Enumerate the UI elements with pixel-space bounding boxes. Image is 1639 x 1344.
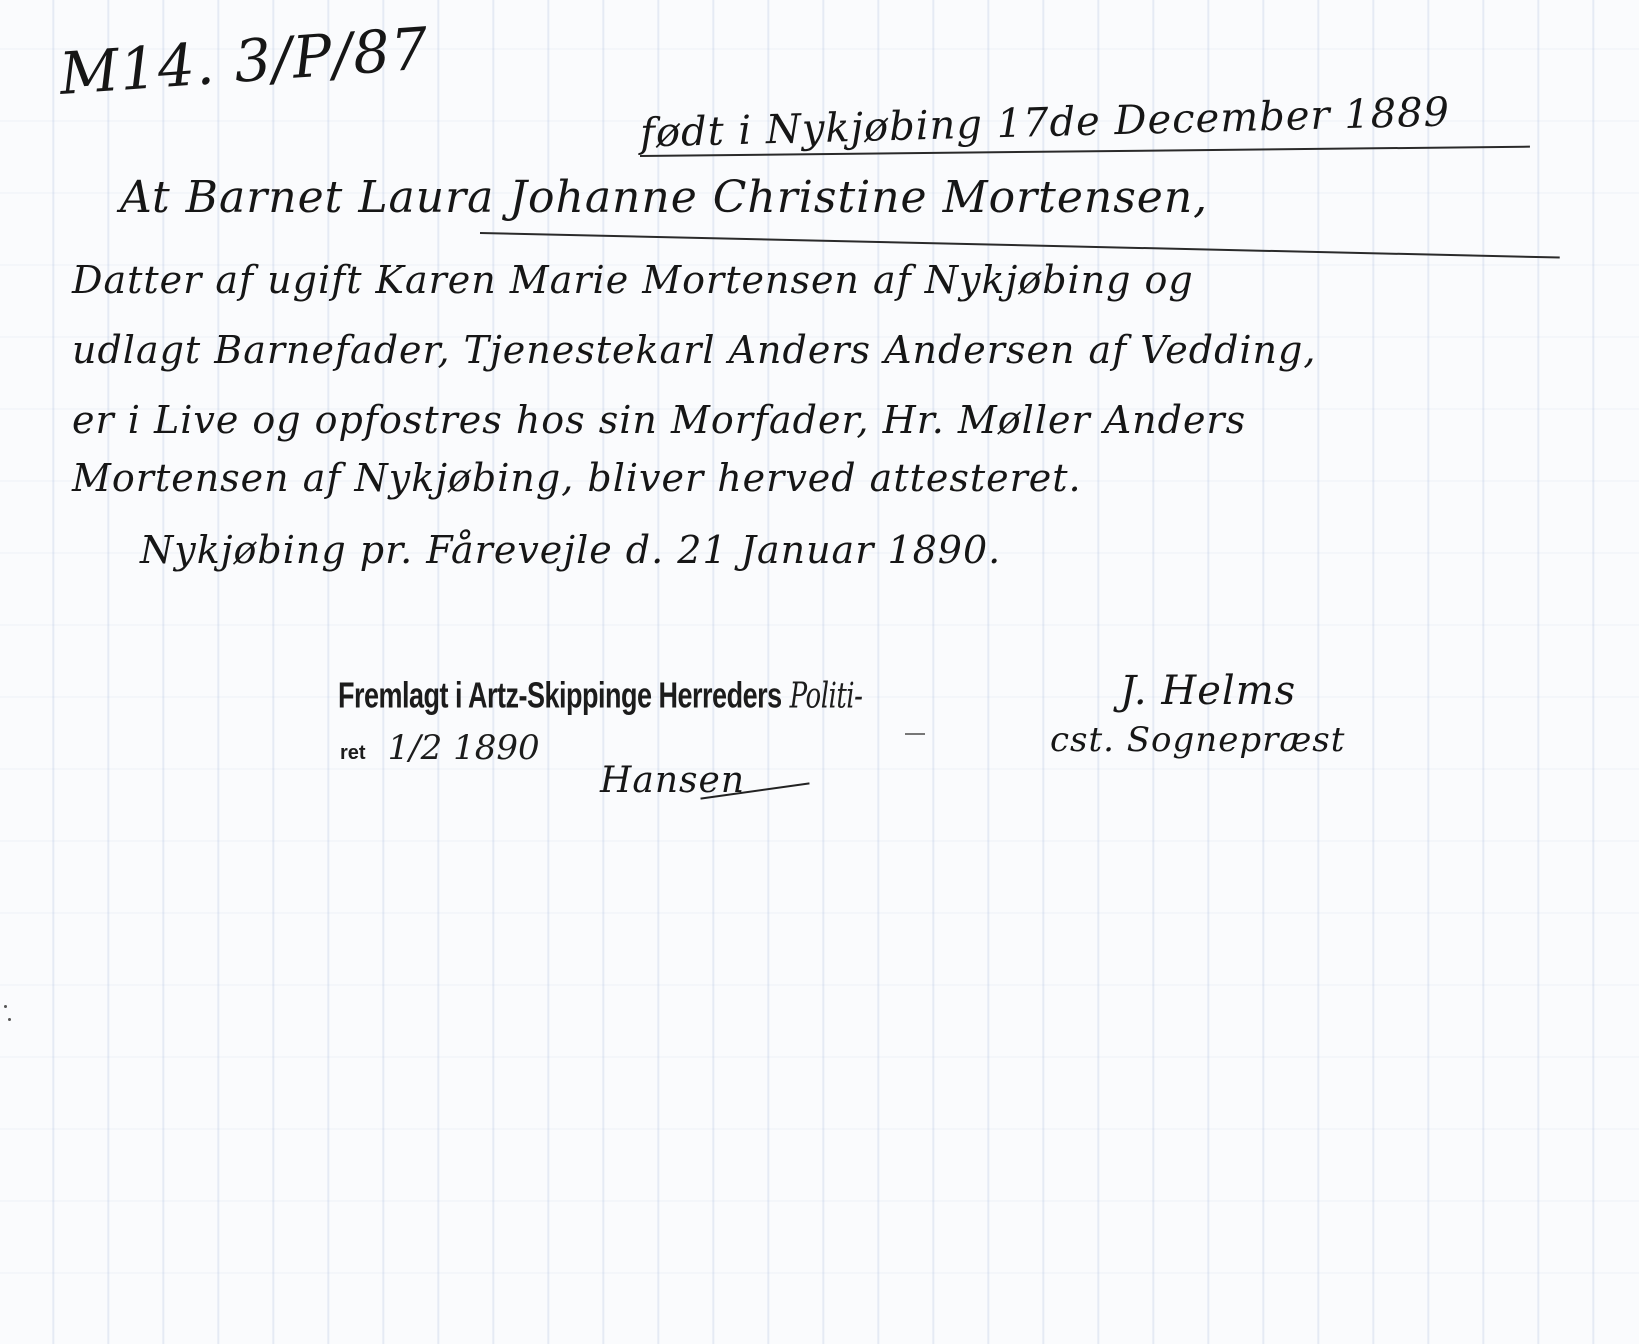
scan-speck (4, 1005, 7, 1008)
stamp-date: 1/2 1890 (388, 728, 540, 768)
court-stamp-line-2: ret1/2 1890 (340, 728, 540, 768)
scan-speck (8, 1018, 11, 1021)
body-line-1: At Barnet Laura Johanne Christine Morten… (120, 172, 1208, 223)
body-line-3: udlagt Barnefader, Tjenestekarl Anders A… (72, 328, 1316, 372)
priest-title: cst. Sognepræst (1050, 720, 1345, 760)
body-line-5: Mortensen af Nykjøbing, bliver herved at… (72, 456, 1082, 500)
body-line-2: Datter af ugift Karen Marie Mortensen af… (72, 258, 1194, 302)
place-date-line: Nykjøbing pr. Fårevejle d. 21 Januar 189… (140, 528, 1001, 572)
stamp-printed-text: Fremlagt i Artz-Skippinge Herreders (338, 675, 782, 716)
body-line-4: er i Live og opfostres hos sin Morfader,… (72, 398, 1246, 442)
stamp-line-2-prefix: ret (340, 742, 366, 764)
court-stamp: Fremlagt i Artz-Skippinge HerredersPolit… (338, 675, 862, 717)
priest-signature: J. Helms (1120, 668, 1296, 714)
dash-mark (905, 733, 925, 735)
stamp-handwritten-continuation: Politi- (790, 676, 863, 717)
